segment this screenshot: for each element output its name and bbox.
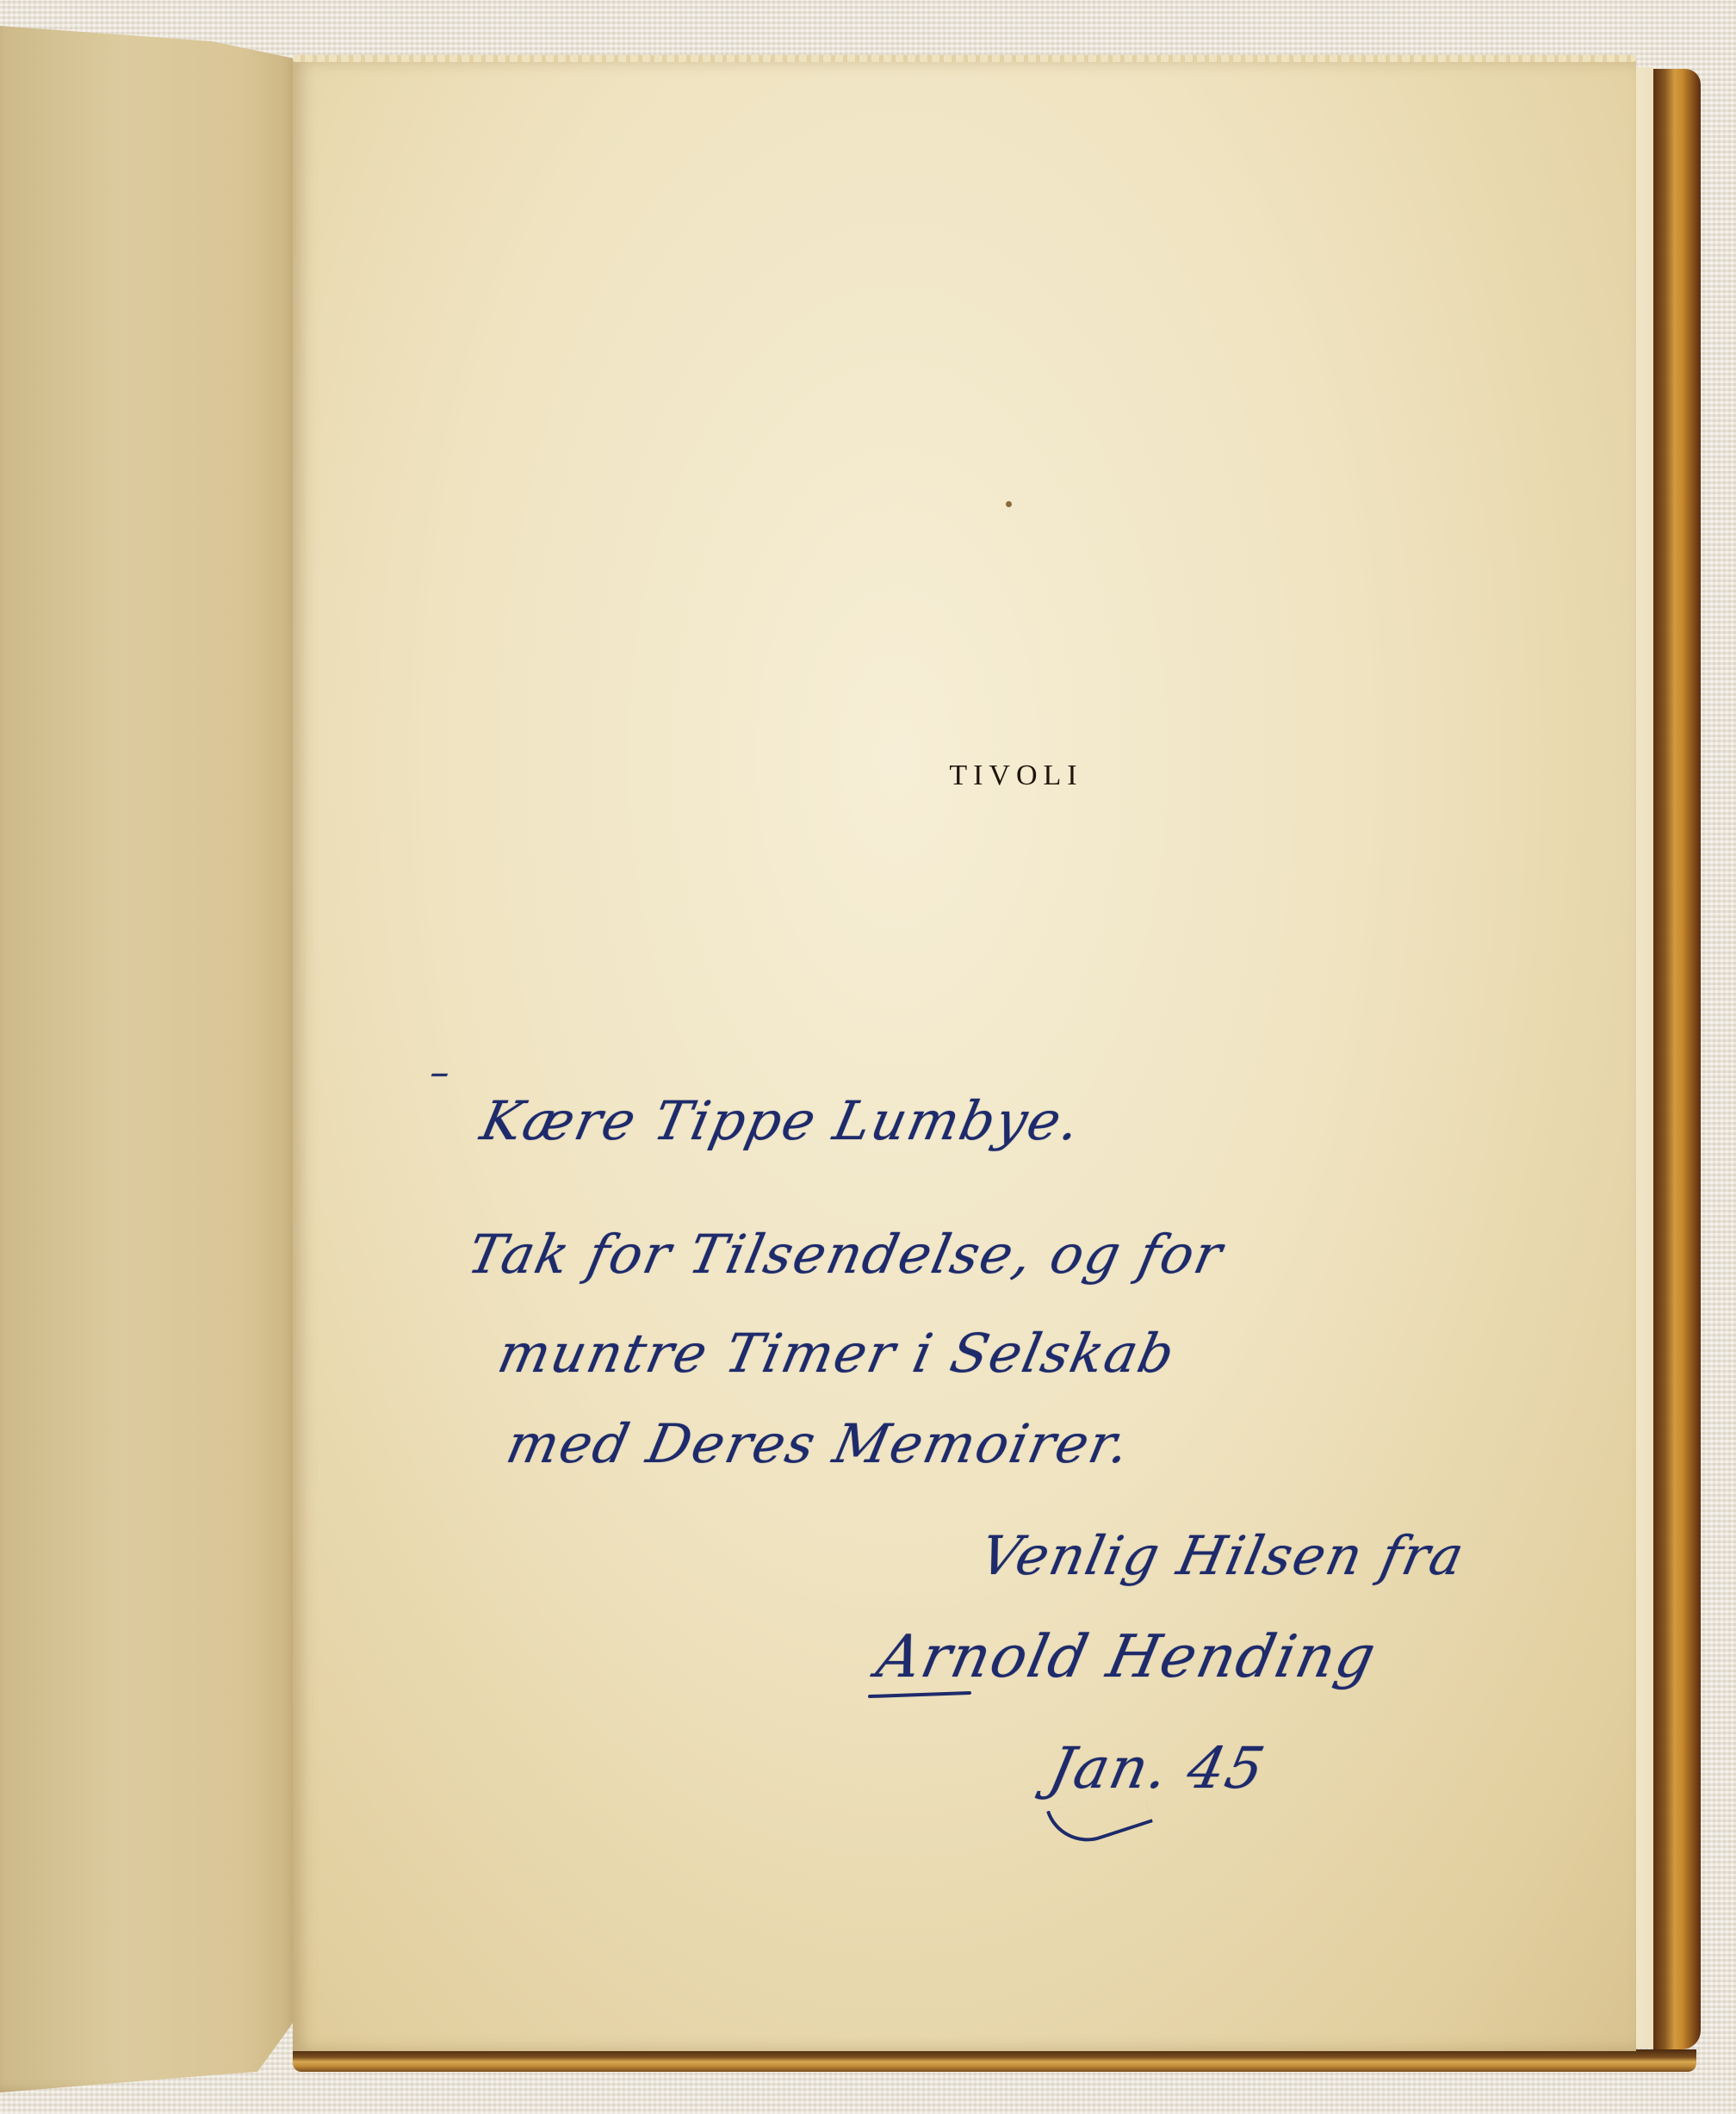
signature: Arnold Hending <box>871 1623 1383 1691</box>
signature-flourish <box>868 1691 971 1698</box>
inscription-line: med Deres Memoirer. <box>501 1412 1137 1475</box>
inscription-closing: Venlig Hilsen fra <box>975 1524 1471 1587</box>
inscription-line: muntre Timer i Selskab <box>493 1322 1181 1385</box>
inscription-dash: – <box>426 1051 456 1094</box>
inscription-line: Tak for Tilsendelse, og for <box>462 1223 1229 1286</box>
handwritten-inscription: – Kære Tippe Lumbye. Tak for Tilsendelse… <box>293 60 1636 2051</box>
title-page: TIVOLI – Kære Tippe Lumbye. Tak for Tils… <box>293 60 1636 2051</box>
inscription-date: Jan. 45 <box>1044 1735 1272 1801</box>
book-block: TIVOLI – Kære Tippe Lumbye. Tak for Tils… <box>293 60 1705 2067</box>
bottom-cover-edge <box>293 2049 1696 2072</box>
cover-edge <box>1653 69 1701 2049</box>
inscription-salutation: Kære Tippe Lumbye. <box>475 1089 1087 1152</box>
left-endpaper <box>0 0 303 2092</box>
